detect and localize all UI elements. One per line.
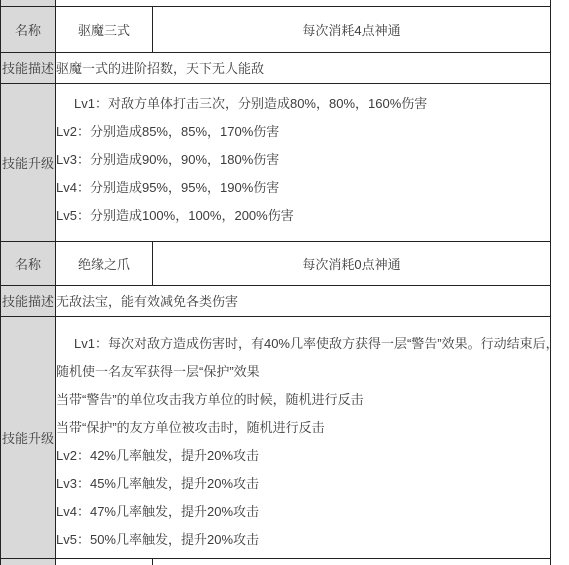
skill1-upgrade-label: 技能升级 <box>1 83 56 241</box>
partial-bottom-name-cell <box>56 558 153 565</box>
skill2-desc-row: 技能描述 无敌法宝，能有效减免各类伤害 <box>1 285 551 316</box>
upgrade-line: 当带“警告”的单位攻击我方单位的时候，随机进行反击 <box>56 386 550 414</box>
partial-bottom-label-cell <box>1 558 56 565</box>
skill2-upgrade-cell: Lv1：每次对敌方造成伤害时，有40%几率使敌方获得一层“警告”效果。行动结束后… <box>56 316 551 558</box>
skill1-name-label: 名称 <box>1 6 56 52</box>
upgrade-line: 当带“保护”的友方单位被攻击时，随机进行反击 <box>56 414 550 442</box>
partial-row-bottom <box>1 558 551 565</box>
skill1-upgrade-row: 技能升级 Lv1：对敌方单体打击三次，分别造成80%，80%，160%伤害 Lv… <box>1 83 551 241</box>
skill1-cost: 每次消耗4点神通 <box>153 6 551 52</box>
upgrade-line: Lv4：47%几率触发，提升20%攻击 <box>56 498 550 526</box>
upgrade-line: Lv3：分别造成90%，90%，180%伤害 <box>56 146 550 174</box>
skill2-desc-label: 技能描述 <box>1 285 56 316</box>
skill2-name-row: 名称 绝缘之爪 每次消耗0点神通 <box>1 241 551 285</box>
skill2-cost: 每次消耗0点神通 <box>153 241 551 285</box>
upgrade-line: Lv5：分别造成100%，100%，200%伤害 <box>56 202 550 230</box>
upgrade-line: Lv1：对敌方单体打击三次，分别造成80%，80%，160%伤害 <box>56 90 550 118</box>
upgrade-line: Lv2：42%几率触发，提升20%攻击 <box>56 442 550 470</box>
upgrade-line: Lv5：50%几率触发，提升20%攻击 <box>56 526 550 554</box>
upgrade-line: Lv3：45%几率触发，提升20%攻击 <box>56 470 550 498</box>
skill1-desc: 驱魔一式的进阶招数，天下无人能敌 <box>56 52 551 83</box>
skill1-name: 驱魔三式 <box>56 6 153 52</box>
skill2-name: 绝缘之爪 <box>56 241 153 285</box>
page: 名称 驱魔三式 每次消耗4点神通 技能描述 驱魔一式的进阶招数，天下无人能敌 技… <box>0 0 569 565</box>
skill1-desc-label: 技能描述 <box>1 52 56 83</box>
skill1-desc-row: 技能描述 驱魔一式的进阶招数，天下无人能敌 <box>1 52 551 83</box>
upgrade-line: Lv2：分别造成85%，85%，170%伤害 <box>56 118 550 146</box>
upgrade-line: Lv1：每次对敌方造成伤害时，有40%几率使敌方获得一层“警告”效果。行动结束后… <box>56 330 550 358</box>
skill1-upgrade-cell: Lv1：对敌方单体打击三次，分别造成80%，80%，160%伤害 Lv2：分别造… <box>56 83 551 241</box>
upgrade-line: Lv4：分别造成95%，95%，190%伤害 <box>56 174 550 202</box>
skill2-name-label: 名称 <box>1 241 56 285</box>
skill1-name-row: 名称 驱魔三式 每次消耗4点神通 <box>1 6 551 52</box>
upgrade-line: 随机使一名友军获得一层“保护”效果 <box>56 358 550 386</box>
partial-bottom-cost-cell <box>153 558 551 565</box>
skill2-upgrade-row: 技能升级 Lv1：每次对敌方造成伤害时，有40%几率使敌方获得一层“警告”效果。… <box>1 316 551 558</box>
skill2-upgrade-label: 技能升级 <box>1 316 56 558</box>
skill-table: 名称 驱魔三式 每次消耗4点神通 技能描述 驱魔一式的进阶招数，天下无人能敌 技… <box>0 0 551 565</box>
skill2-desc: 无敌法宝，能有效减免各类伤害 <box>56 285 551 316</box>
